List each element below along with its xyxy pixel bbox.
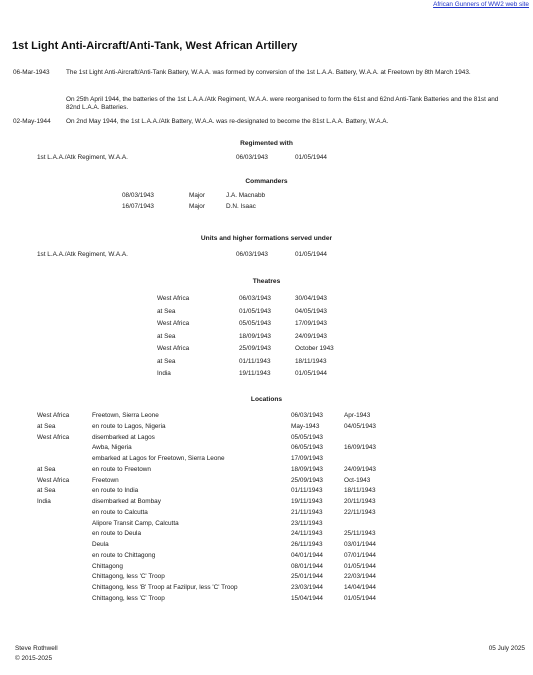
to-date: 22/03/1944 [344,573,376,581]
location-region: West Africa [37,412,69,420]
theatre-name: West Africa [157,345,189,353]
to-date: 04/05/1943 [344,423,376,431]
footer-copyright: © 2015-2025 [15,655,52,663]
from-date: 06/03/1943 [291,412,323,420]
location-region: West Africa [37,434,69,442]
to-date: 25/11/1943 [344,530,376,538]
from-date: 24/11/1943 [291,530,323,538]
location-place: en route to Lagos, Nigeria [92,423,166,431]
to-date: 30/04/1943 [295,295,327,303]
location-place: disembarked at Lagos [92,434,155,442]
location-region: at Sea [37,423,55,431]
from-date: 06/05/1943 [291,444,323,452]
to-date: 01/05/1944 [295,251,327,259]
theatre-name: at Sea [157,358,175,366]
narrative-date: 02-May-1944 [13,118,51,126]
location-place: en route to Freetown [92,466,151,474]
location-place: embarked at Lagos for Freetown, Sierra L… [92,455,225,463]
location-region: at Sea [37,487,55,495]
from-date: 23/03/1944 [291,584,323,592]
location-place: Awba, Nigeria [92,444,132,452]
to-date: Apr-1943 [344,412,370,420]
to-date: 03/01/1944 [344,541,376,549]
unit-name: 1st L.A.A./Atk Regiment, W.A.A. [37,251,128,259]
to-date: 22/11/1943 [344,509,376,517]
narrative-text: On 2nd May 1944, the 1st L.A.A./Atk Batt… [66,118,511,126]
commander-date: 16/07/1943 [122,203,154,211]
from-date: 23/11/1943 [291,520,323,528]
to-date: 24/09/1943 [295,333,327,341]
regimented-with-heading: Regimented with [0,140,533,148]
location-place: Freetown, Sierra Leone [92,412,159,420]
narrative-text: On 25th April 1944, the batteries of the… [66,96,511,112]
commander-date: 08/03/1943 [122,192,154,200]
location-place: Deula [92,541,109,549]
location-region: India [37,498,51,506]
location-place: Freetown [92,477,119,485]
locations-heading: Locations [0,396,533,404]
from-date: May-1943 [291,423,319,431]
from-date: 21/11/1943 [291,509,323,517]
location-place: en route to India [92,487,138,495]
to-date: 18/11/1943 [295,358,327,366]
from-date: 06/03/1943 [239,295,271,303]
from-date: 18/09/1943 [291,466,323,474]
footer-author: Steve Rothwell [15,645,58,653]
to-date: 18/11/1943 [344,487,376,495]
narrative-date: 06-Mar-1943 [13,69,50,77]
location-place: disembarked at Bombay [92,498,161,506]
location-place: Chittagong, less 'C' Troop [92,573,165,581]
from-date: 06/03/1943 [236,154,268,162]
to-date: 01/05/1944 [295,370,327,378]
location-place: en route to Chittagong [92,552,155,560]
theatre-name: West Africa [157,320,189,328]
to-date: 24/09/1943 [344,466,376,474]
location-place: en route to Calcutta [92,509,148,517]
from-date: 01/05/1943 [239,308,271,316]
to-date: 01/05/1944 [344,563,376,571]
from-date: 19/11/1943 [291,498,323,506]
from-date: 25/01/1944 [291,573,323,581]
location-place: Chittagong, less 'B' Troop at Fazilpur, … [92,584,238,592]
from-date: 18/09/1943 [239,333,271,341]
from-date: 01/11/1943 [291,487,323,495]
page-title: 1st Light Anti-Aircraft/Anti-Tank, West … [12,42,297,50]
to-date: October 1943 [295,345,334,353]
to-date: 04/05/1943 [295,308,327,316]
theatre-name: at Sea [157,333,175,341]
from-date: 17/09/1943 [291,455,323,463]
location-region: at Sea [37,466,55,474]
theatre-name: at Sea [157,308,175,316]
from-date: 06/03/1943 [236,251,268,259]
from-date: 25/09/1943 [291,477,323,485]
footer-date: 05 July 2025 [489,645,525,653]
commander-name: J.A. Macnabb [226,192,265,200]
from-date: 19/11/1943 [239,370,271,378]
theatre-name: West Africa [157,295,189,303]
from-date: 05/05/1943 [291,434,323,442]
to-date: 01/05/1944 [295,154,327,162]
from-date: 01/11/1943 [239,358,271,366]
unit-name: 1st L.A.A./Atk Regiment, W.A.A. [37,154,128,162]
to-date: Oct-1943 [344,477,370,485]
commander-rank: Major [189,203,205,211]
to-date: 14/04/1944 [344,584,376,592]
commander-rank: Major [189,192,205,200]
from-date: 26/11/1943 [291,541,323,549]
location-place: en route to Deula [92,530,141,538]
narrative-text: The 1st Light Anti-Aircraft/Anti-Tank Ba… [66,69,511,77]
theatres-heading: Theatres [0,278,533,286]
to-date: 07/01/1944 [344,552,376,560]
to-date: 20/11/1943 [344,498,376,506]
units-served-under-heading: Units and higher formations served under [0,235,533,243]
to-date: 17/09/1943 [295,320,327,328]
to-date: 16/09/1943 [344,444,376,452]
site-link[interactable]: African Gunners of WW2 web site [433,1,529,9]
theatre-name: India [157,370,171,378]
from-date: 04/01/1944 [291,552,323,560]
location-place: Chittagong [92,563,123,571]
commander-name: D.N. Isaac [226,203,256,211]
from-date: 15/04/1944 [291,595,323,603]
location-place: Chittagong, less 'C' Troop [92,595,165,603]
from-date: 25/09/1943 [239,345,271,353]
location-region: West Africa [37,477,69,485]
location-place: Alipore Transit Camp, Calcutta [92,520,179,528]
from-date: 05/05/1943 [239,320,271,328]
commanders-heading: Commanders [0,178,533,186]
from-date: 08/01/1944 [291,563,323,571]
to-date: 01/05/1944 [344,595,376,603]
